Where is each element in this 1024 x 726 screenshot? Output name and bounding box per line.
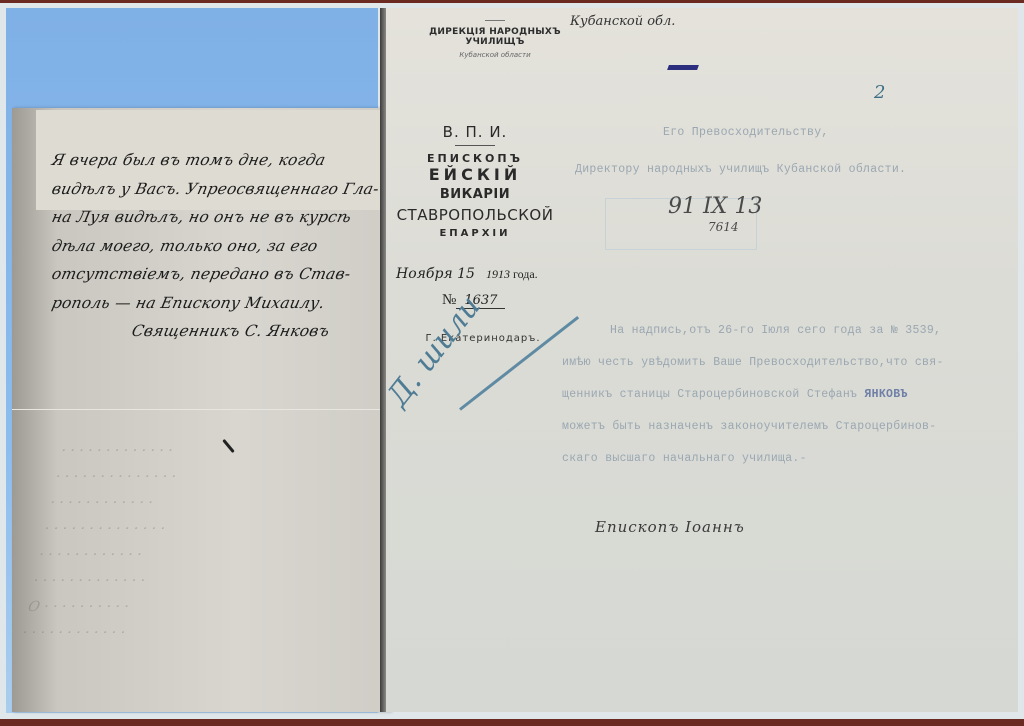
directorate-header: ДИРЕКЦІЯ НАРОДНЫХЪ УЧИЛИЩЪ Кубанской обл… — [400, 20, 590, 59]
date-handwritten: Ноября 15 — [396, 266, 475, 282]
fold-line — [12, 409, 390, 410]
address-line: Его Превосходительству, — [663, 126, 829, 139]
handwritten-letter-sheet: Я вчера был въ томъ дне, когда видѣлъ у … — [12, 108, 390, 712]
body-line: скаго высшаго начальнаго училища.- — [562, 452, 807, 465]
letter-date: Ноября 15 1913 года. — [396, 266, 576, 282]
faded-line: · · · · · · · · · · · · · · — [42, 516, 388, 542]
page-number: 2 — [874, 82, 885, 103]
handwritten-line: дѣла моего, только оно, за его — [49, 232, 385, 261]
highlighted-name: ЯНКОВЪ — [864, 388, 907, 401]
header-subtitle: Кубанской области — [400, 51, 590, 59]
handwritten-line: видѣлъ у Васъ. Упреосвященнаго Гла- — [49, 175, 385, 204]
header-ornament — [485, 20, 505, 21]
resolution-handwritten: Д. шили — [380, 289, 487, 413]
faded-bleedthrough-text: · · · · · · · · · · · · · · · · · · · · … — [20, 438, 404, 646]
faded-line: О · · · · · · · · · · — [25, 594, 371, 620]
handwritten-text: Я вчера был въ томъ дне, когда видѣлъ у … — [52, 146, 382, 346]
body-line: можетъ быть назначенъ законоучителемъ Ст… — [562, 420, 936, 433]
letterhead-line: ВИКАРІИ — [390, 185, 560, 205]
letterhead-initials: В. П. И. — [390, 123, 560, 141]
sheet-binding-edge — [380, 8, 386, 712]
letterhead-line: ЕПАРХІИ — [390, 225, 560, 243]
letterhead-line: ЕЙСКІЙ — [390, 165, 560, 185]
faded-line: · · · · · · · · · · · · — [20, 620, 366, 646]
body-line: щенникъ станицы Староцербиновской Стефан… — [562, 388, 908, 401]
registry-number-secondary: 7614 — [708, 220, 739, 234]
faded-line: · · · · · · · · · · · · · — [31, 568, 377, 594]
registry-number: 91 IX 13 — [668, 194, 762, 219]
handwritten-line: рополь — на Епископу Михаилу. — [49, 289, 385, 318]
faded-line: · · · · · · · · · · · · — [36, 542, 382, 568]
address-line: Директору народныхъ училищъ Кубанской об… — [575, 163, 906, 176]
body-line: На надпись,отъ 26-го Іюля сего года за №… — [610, 324, 941, 337]
handwritten-line: отсутствіемъ, передано въ Став- — [49, 260, 385, 289]
faded-line: · · · · · · · · · · · · · · — [53, 464, 399, 490]
letterhead-rule — [455, 145, 495, 146]
handwritten-line: Я вчера был въ томъ дне, когда — [49, 146, 385, 175]
handwritten-note: Кубанской обл. — [570, 14, 675, 29]
blue-ink-mark — [667, 65, 699, 70]
date-year: 1913 — [486, 267, 510, 281]
handwritten-line: на Луя видѣлъ, но онъ не въ курсѣ — [49, 203, 385, 232]
faded-line: · · · · · · · · · · · · — [48, 490, 394, 516]
header-title: ДИРЕКЦІЯ НАРОДНЫХЪ УЧИЛИЩЪ — [400, 27, 590, 47]
letterhead-line: ЕПИСКОПЪ — [390, 152, 560, 165]
handwritten-signature: Священникъ С. Янковъ — [49, 317, 385, 346]
letterhead-line: СТАВРОПОЛЬСКОЙ — [390, 205, 560, 225]
letterhead: В. П. И. ЕПИСКОПЪ ЕЙСКІЙ ВИКАРІИ СТАВРОП… — [390, 123, 560, 243]
body-line: имѣю честь увѣдомить Ваше Превосходитель… — [562, 356, 944, 369]
bishop-signature: Епископъ Іоаннъ — [595, 518, 745, 536]
typed-letter-sheet: ДИРЕКЦІЯ НАРОДНЫХЪ УЧИЛИЩЪ Кубанской обл… — [380, 8, 1018, 712]
body-line-text: щенникъ станицы Староцербиновской Стефан… — [562, 388, 857, 401]
date-year-suffix: года. — [513, 267, 538, 281]
